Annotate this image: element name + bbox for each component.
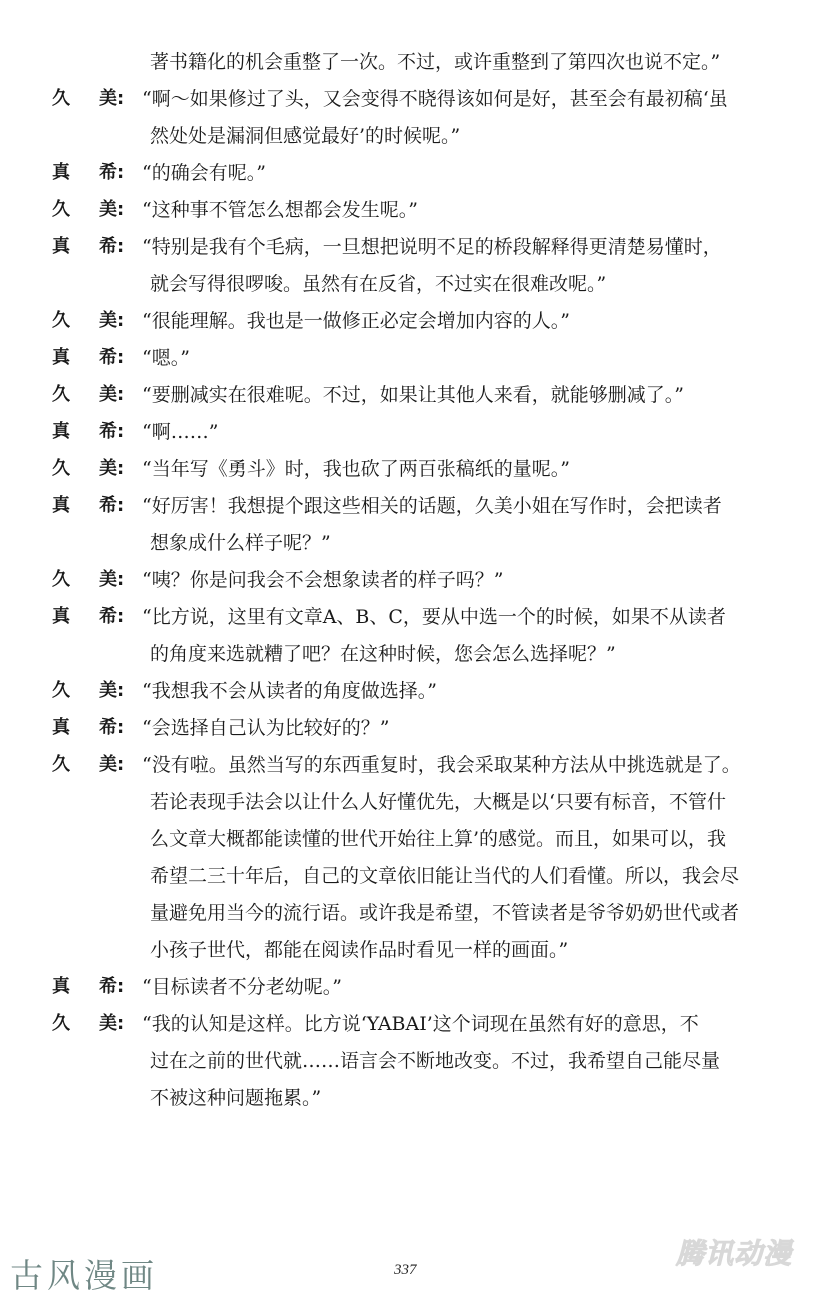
speaker-name-second: 希: [99,599,124,635]
speaker-label: 真希: [52,414,142,450]
speaker-name-second: 美: [99,192,124,228]
speaker-label: 久美: [52,562,142,598]
speaker-label: 久美: [52,1006,142,1042]
speaker-name-first: 久 [52,81,70,117]
dialogue-entry: 真希:“好厉害！我想提个跟这些相关的话题，久美小姐在写作时，会把读者想象成什么样… [0,488,820,562]
dialogue-entries: 久美:“啊～如果修过了头，又会变得不晓得该如何是好，甚至会有最初稿‘虽然处处是漏… [0,81,820,1117]
dialogue-line: 过在之前的世代就……语言会不断地改变。不过，我希望自己能尽量 [0,1043,820,1080]
speaker-name-second: 希: [99,229,124,265]
dialogue-entry: 久美:“我的认知是这样。比方说‘YABAI’这个词现在虽然有好的意思，不过在之前… [0,1006,820,1117]
speaker-name-first: 久 [52,1006,70,1042]
speaker-name-first: 久 [52,562,70,598]
speaker-name-first: 久 [52,451,70,487]
dialogue-entry: 真希:“嗯。” [0,340,820,377]
dialogue-entry: 真希:“目标读者不分老幼呢。” [0,969,820,1006]
speaker-label: 真希: [52,229,142,265]
dialogue-line: 想象成什么样子呢？” [0,525,820,562]
dialogue-entry: 真希:“比方说，这里有文章A、B、C，要从中选一个的时候，如果不从读者的角度来选… [0,599,820,673]
speaker-label: 真希: [52,488,142,524]
speaker-label: 久美: [52,377,142,413]
speaker-label: 久美: [52,192,142,228]
speaker-label: 久美: [52,303,142,339]
dialogue-line: 的角度来选就糟了吧？在这种时候，您会怎么选择呢？” [0,636,820,673]
speaker-label: 真希: [52,340,142,376]
dialogue-line: 么文章大概都能读懂的世代开始往上算’的感觉。而且，如果可以，我 [0,821,820,858]
speaker-name-first: 久 [52,303,70,339]
watermark-gufeng: 古风漫画 [10,1250,158,1291]
speaker-name-second: 美: [99,747,124,783]
dialogue-entry: 久美:“我想我不会从读者的角度做选择。” [0,673,820,710]
speaker-name-second: 美: [99,562,124,598]
speaker-name-second: 希: [99,710,124,746]
dialogue-body: 著书籍化的机会重整了一次。不过，或许重整到了第四次也说不定。” 久美:“啊～如果… [0,44,820,1117]
speaker-name-first: 真 [52,969,70,1005]
continuation-line: 著书籍化的机会重整了一次。不过，或许重整到了第四次也说不定。” [0,44,820,81]
dialogue-line: 量避免用当今的流行语。或许我是希望，不管读者是爷爷奶奶世代或者 [0,895,820,932]
book-page: 著书籍化的机会重整了一次。不过，或许重整到了第四次也说不定。” 久美:“啊～如果… [0,0,820,1291]
speaker-name-first: 久 [52,747,70,783]
watermark-tencent-comics: 腾讯动漫 [676,1235,810,1273]
dialogue-entry: 久美:“咦？你是问我会不会想象读者的样子吗？” [0,562,820,599]
dialogue-line: 就会写得很啰唆。虽然有在反省，不过实在很难改呢。” [0,266,820,303]
speaker-label: 真希: [52,155,142,191]
dialogue-entry: 久美:“啊～如果修过了头，又会变得不晓得该如何是好，甚至会有最初稿‘虽然处处是漏… [0,81,820,155]
dialogue-line: 不被这种问题拖累。” [0,1080,820,1117]
dialogue-line: 然处处是漏洞但感觉最好’的时候呢。” [0,118,820,155]
speaker-name-first: 真 [52,340,70,376]
speaker-name-second: 美: [99,81,124,117]
dialogue-line: 小孩子世代，都能在阅读作品时看见一样的画面。” [0,932,820,969]
speaker-name-first: 久 [52,192,70,228]
dialogue-entry: 久美:“要删减实在很难呢。不过，如果让其他人来看，就能够删减了。” [0,377,820,414]
speaker-name-second: 希: [99,340,124,376]
speaker-label: 久美: [52,747,142,783]
dialogue-line: 若论表现手法会以让什么人好懂优先，大概是以‘只要有标音，不管什 [0,784,820,821]
page-number: 337 [394,1262,417,1279]
dialogue-entry: 久美:“很能理解。我也是一做修正必定会增加内容的人。” [0,303,820,340]
speaker-name-second: 希: [99,488,124,524]
dialogue-entry: 久美:“当年写《勇斗》时，我也砍了两百张稿纸的量呢。” [0,451,820,488]
dialogue-entry: 真希:“啊……” [0,414,820,451]
dialogue-entry: 真希:“会选择自己认为比较好的？” [0,710,820,747]
speaker-name-first: 久 [52,377,70,413]
speaker-name-second: 希: [99,969,124,1005]
speaker-name-first: 真 [52,488,70,524]
speaker-name-first: 真 [52,229,70,265]
speaker-name-first: 真 [52,710,70,746]
speaker-name-second: 希: [99,155,124,191]
speaker-name-second: 美: [99,303,124,339]
speaker-label: 久美: [52,81,142,117]
speaker-label: 真希: [52,599,142,635]
speaker-name-first: 真 [52,155,70,191]
dialogue-entry: 真希:“特别是我有个毛病，一旦想把说明不足的桥段解释得更清楚易懂时，就会写得很啰… [0,229,820,303]
dialogue-line: 希望二三十年后，自己的文章依旧能让当代的人们看懂。所以，我会尽 [0,858,820,895]
speaker-label: 真希: [52,969,142,1005]
dialogue-entry: 久美:“这种事不管怎么想都会发生呢。” [0,192,820,229]
speaker-name-second: 美: [99,377,124,413]
speaker-name-first: 真 [52,599,70,635]
speaker-name-second: 希: [99,414,124,450]
dialogue-entry: 久美:“没有啦。虽然当写的东西重复时，我会采取某种方法从中挑选就是了。若论表现手… [0,747,820,969]
speaker-name-second: 美: [99,1006,124,1042]
speaker-name-first: 久 [52,673,70,709]
speaker-label: 久美: [52,673,142,709]
speaker-label: 真希: [52,710,142,746]
speaker-name-second: 美: [99,451,124,487]
dialogue-entry: 真希:“的确会有呢。” [0,155,820,192]
speaker-label: 久美: [52,451,142,487]
speaker-name-first: 真 [52,414,70,450]
speaker-name-second: 美: [99,673,124,709]
